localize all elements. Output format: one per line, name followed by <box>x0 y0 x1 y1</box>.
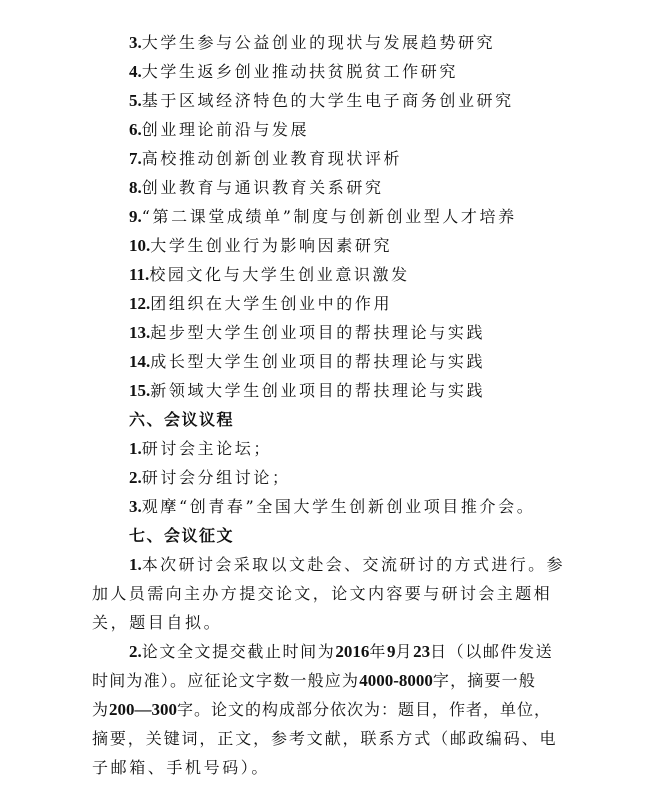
topic-number: 6. <box>129 120 142 139</box>
topic-number: 7. <box>129 149 142 168</box>
topic-text: 起步型大学生创业项目的帮扶理论与实践 <box>150 323 485 342</box>
paragraph-number: 2. <box>129 642 142 661</box>
paragraph-line: 1.本次研讨会采取以文赴会、交流研讨的方式进行。参 <box>129 555 565 575</box>
word-count-range: 4000-8000 <box>359 671 433 690</box>
agenda-text: 研讨会主论坛； <box>142 439 272 458</box>
paragraph-number: 1. <box>129 555 142 574</box>
paragraph-text: 为 <box>92 700 109 719</box>
topic-item: 10.大学生创业行为影响因素研究 <box>129 236 392 256</box>
section-heading-call-for-papers: 七、会议征文 <box>129 526 234 546</box>
topic-item: 13.起步型大学生创业项目的帮扶理论与实践 <box>129 323 485 343</box>
topic-number: 8. <box>129 178 142 197</box>
topic-number: 10. <box>129 236 150 255</box>
agenda-number: 1. <box>129 439 142 458</box>
paragraph-line: 为200—300字。论文的构成部分依次为：题目，作者，单位， <box>92 700 551 720</box>
topic-text: 基于区域经济特色的大学生电子商务创业研究 <box>142 91 514 110</box>
topic-number: 14. <box>129 352 150 371</box>
topic-item: 5.基于区域经济特色的大学生电子商务创业研究 <box>129 91 514 111</box>
topic-item: 11.校园文化与大学生创业意识激发 <box>129 265 410 285</box>
paragraph-line: 加人员需向主办方提交论文，论文内容要与研讨会主题相 <box>92 584 552 604</box>
topic-text: 成长型大学生创业项目的帮扶理论与实践 <box>150 352 485 371</box>
topic-item: 3.大学生参与公益创业的现状与发展趋势研究 <box>129 33 495 53</box>
abstract-length-range: 200—300 <box>109 700 177 719</box>
paragraph-line: 时间为准）。应征论文字数一般应为4000-8000字，摘要一般 <box>92 671 536 691</box>
topic-number: 9. <box>129 207 142 226</box>
agenda-number: 3. <box>129 497 142 516</box>
topic-text: 创业教育与通识教育关系研究 <box>142 178 384 197</box>
document-page: 3.大学生参与公益创业的现状与发展趋势研究 4.大学生返乡创业推动扶贫脱贫工作研… <box>0 0 646 802</box>
topic-item: 4.大学生返乡创业推动扶贫脱贫工作研究 <box>129 62 458 82</box>
topic-number: 5. <box>129 91 142 110</box>
topic-text: 创业理论前沿与发展 <box>142 120 309 139</box>
topic-number: 3. <box>129 33 142 52</box>
topic-text: 大学生返乡创业推动扶贫脱贫工作研究 <box>142 62 458 81</box>
paragraph-text: 时间为准）。应征论文字数一般应为 <box>92 671 359 690</box>
agenda-item: 1.研讨会主论坛； <box>129 439 272 459</box>
topic-item: 7.高校推动创新创业教育现状评析 <box>129 149 402 169</box>
topic-item: 14.成长型大学生创业项目的帮扶理论与实践 <box>129 352 485 372</box>
agenda-text: 研讨会分组讨论； <box>142 468 291 487</box>
topic-number: 11. <box>129 265 149 284</box>
topic-item: 12.团组织在大学生创业中的作用 <box>129 294 392 314</box>
deadline-year: 2016 <box>335 642 369 661</box>
topic-item: 8.创业教育与通识教育关系研究 <box>129 178 384 198</box>
topic-item: 9.“第二课堂成绩单”制度与创新创业型人才培养 <box>129 207 517 227</box>
topic-text: 大学生参与公益创业的现状与发展趋势研究 <box>142 33 495 52</box>
topic-number: 13. <box>129 323 150 342</box>
topic-number: 15. <box>129 381 150 400</box>
topic-text: 团组织在大学生创业中的作用 <box>150 294 392 313</box>
topic-text: 新领域大学生创业项目的帮扶理论与实践 <box>150 381 485 400</box>
agenda-item: 2.研讨会分组讨论； <box>129 468 291 488</box>
topic-number: 12. <box>129 294 150 313</box>
topic-item: 6.创业理论前沿与发展 <box>129 120 309 140</box>
paragraph-text: 论文全文提交截止时间为 <box>142 642 336 661</box>
paragraph-text: 日（以邮件发送 <box>430 642 553 661</box>
section-heading-agenda: 六、会议议程 <box>129 410 234 430</box>
paragraph-text: 字，摘要一般 <box>433 671 536 690</box>
topic-number: 4. <box>129 62 142 81</box>
topic-text: “第二课堂成绩单”制度与创新创业型人才培养 <box>142 207 517 226</box>
paragraph-text: 月 <box>395 642 413 661</box>
paragraph-text: 本次研讨会采取以文赴会、交流研讨的方式进行。参 <box>142 555 565 574</box>
agenda-number: 2. <box>129 468 142 487</box>
paragraph-text: 字。论文的构成部分依次为：题目，作者，单位， <box>177 700 551 719</box>
deadline-day: 23 <box>413 642 430 661</box>
topic-text: 校园文化与大学生创业意识激发 <box>149 265 409 284</box>
topic-text: 高校推动创新创业教育现状评析 <box>142 149 402 168</box>
paragraph-line: 摘要，关键词，正文，参考文献，联系方式（邮政编码、电 <box>92 729 557 749</box>
topic-item: 15.新领域大学生创业项目的帮扶理论与实践 <box>129 381 485 401</box>
paragraph-line: 2.论文全文提交截止时间为2016年9月23日（以邮件发送 <box>129 642 553 662</box>
paragraph-text: 年 <box>369 642 387 661</box>
paragraph-line: 子邮箱、手机号码）。 <box>92 758 270 778</box>
agenda-item: 3.观摩“创青春”全国大学生创新创业项目推介会。 <box>129 497 535 517</box>
paragraph-line: 关，题目自拟。 <box>92 613 222 633</box>
agenda-text: 观摩“创青春”全国大学生创新创业项目推介会。 <box>142 497 536 516</box>
topic-text: 大学生创业行为影响因素研究 <box>150 236 392 255</box>
